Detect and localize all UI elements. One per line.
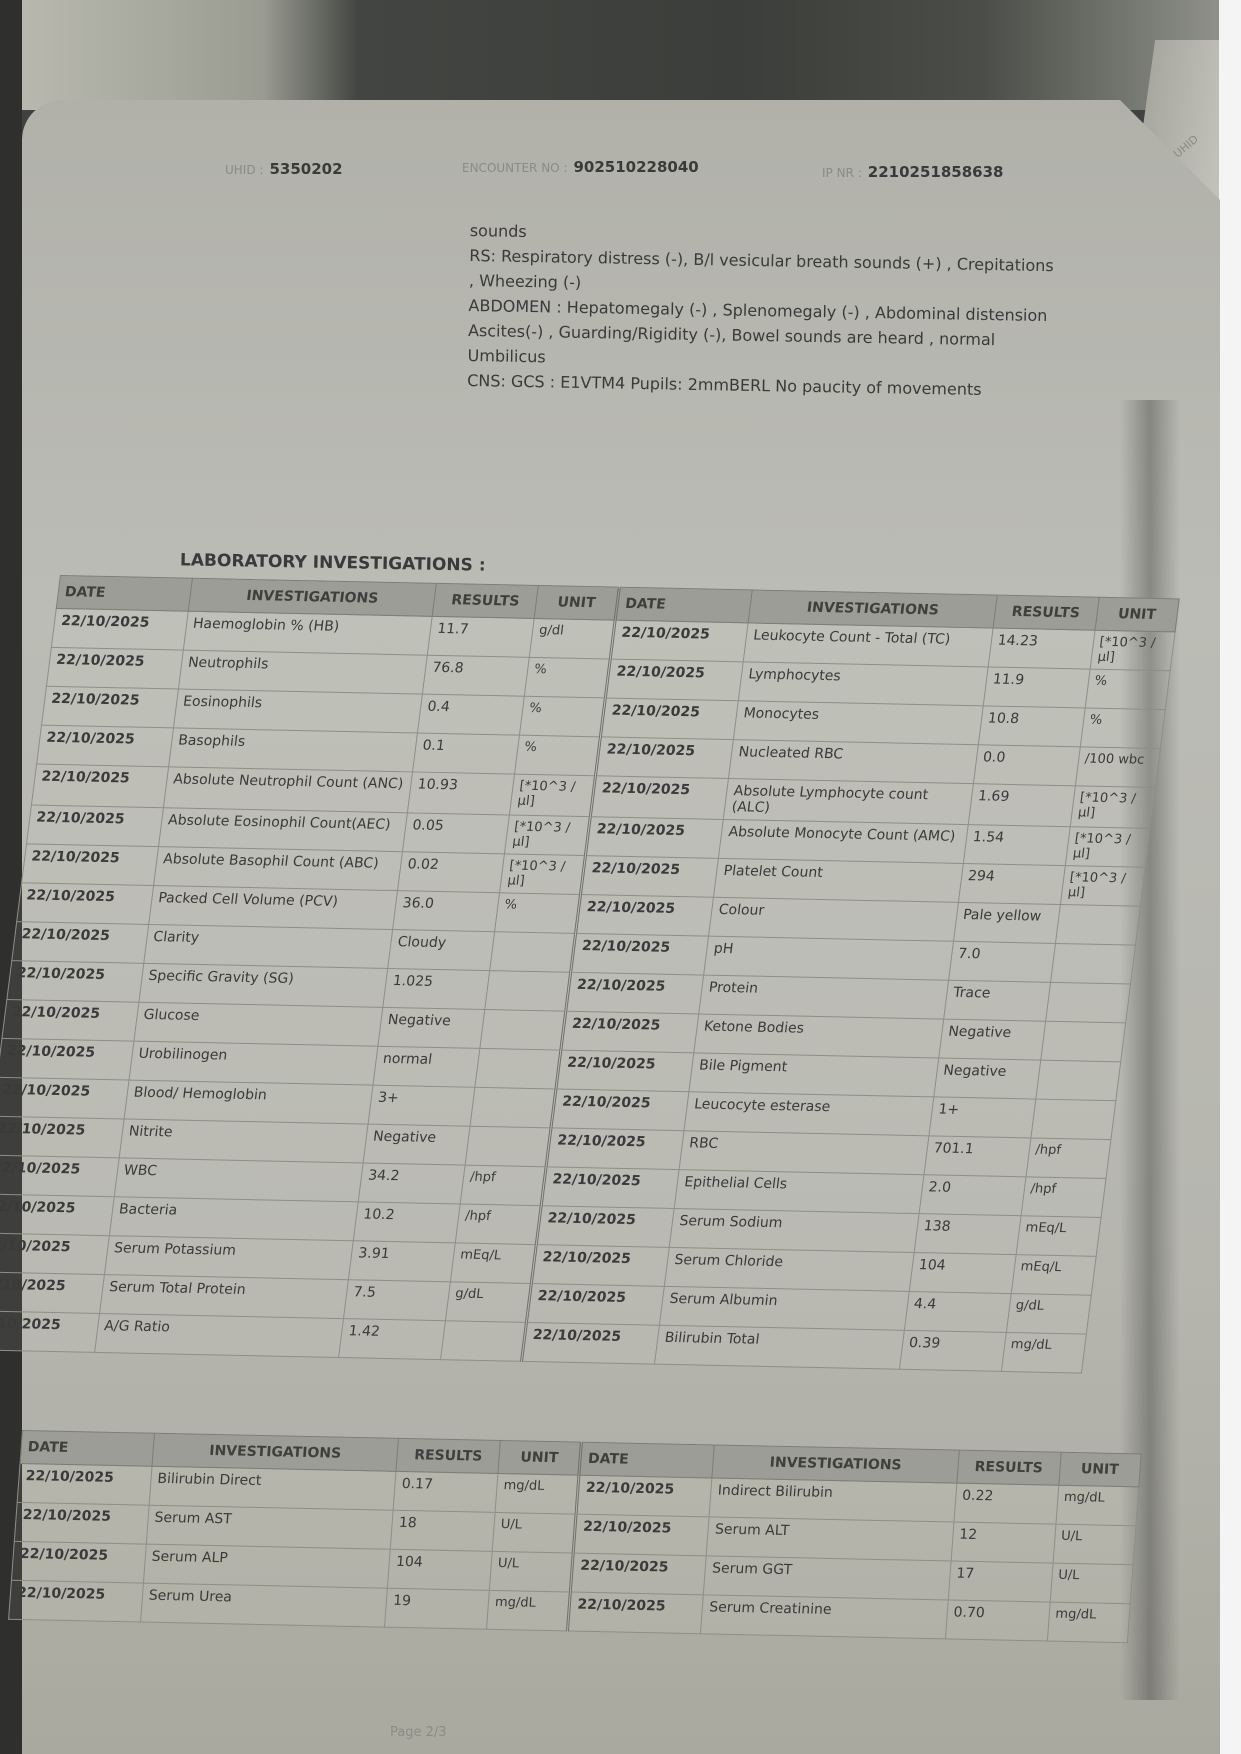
cell-investigation: Epithelial Cells — [675, 1170, 924, 1214]
cell-investigation: Eosinophils — [173, 689, 422, 733]
ip-label: IP NR : — [822, 166, 862, 180]
cell-unit: g/dl — [529, 618, 615, 659]
cell-result: Trace — [943, 980, 1050, 1021]
cell-investigation: Specific Gravity (SG) — [139, 963, 388, 1007]
cell-unit — [475, 1048, 561, 1089]
cell-unit: mg/dL — [1056, 1485, 1139, 1526]
encounter-field: ENCOUNTER NO :902510228040 — [462, 158, 699, 176]
cell-result: 1.54 — [963, 825, 1070, 866]
cell-date: 22/10/2025 — [2, 999, 139, 1041]
cell-date: 22/10/2025 — [561, 1011, 699, 1053]
cell-investigation: Absolute Lymphocyte count (ALC) — [724, 779, 973, 825]
cell-unit: mg/dL — [1001, 1332, 1086, 1373]
cell-unit: g/dL — [445, 1282, 531, 1323]
cell-result: 14.23 — [988, 628, 1095, 669]
cell-unit — [480, 1009, 566, 1050]
cell-result: Negative — [363, 1124, 470, 1165]
cell-result: 0.17 — [393, 1471, 498, 1512]
cell-unit: [*10^3 /µl] — [504, 815, 590, 856]
cell-result: 7.0 — [948, 941, 1055, 982]
cell-date: 22/10/2025 — [611, 620, 749, 662]
cell-unit: [*10^3 /µl] — [509, 774, 596, 817]
cell-investigation: Serum AST — [146, 1505, 393, 1549]
cell-date: 22/10/2025 — [11, 1541, 146, 1583]
cell-date: 22/10/2025 — [0, 1194, 114, 1236]
cell-unit — [490, 932, 576, 973]
cell-unit — [1035, 1060, 1120, 1101]
cell-date: 22/10/2025 — [0, 1077, 129, 1119]
cell-investigation: Protein — [699, 975, 948, 1019]
cell-date: 22/10/2025 — [0, 1155, 119, 1197]
cell-unit — [1040, 1021, 1125, 1062]
cell-date: 22/10/2025 — [532, 1245, 670, 1287]
cell-unit: [*10^3 /µl] — [1065, 827, 1150, 868]
cell-unit: % — [524, 657, 610, 698]
cell-investigation: Bilirubin Direct — [149, 1466, 396, 1510]
cell-date: 22/10/2025 — [568, 1592, 704, 1634]
cell-result: 0.22 — [954, 1483, 1059, 1524]
cell-unit: % — [1085, 669, 1170, 710]
encounter-label: ENCOUNTER NO : — [462, 161, 568, 175]
cell-investigation: A/G Ratio — [94, 1313, 343, 1357]
col-date: DATE — [616, 587, 753, 623]
cell-date: 22/10/2025 — [586, 817, 724, 859]
cell-date: 22/10/2025 — [9, 1580, 144, 1622]
cell-unit — [441, 1321, 527, 1362]
cell-result: 3+ — [368, 1085, 475, 1126]
cell-date: 22/10/2025 — [527, 1284, 665, 1326]
cell-investigation: Absolute Eosinophil Count(AEC) — [158, 808, 407, 852]
col-results: RESULTS — [396, 1438, 500, 1473]
cell-unit: U/L — [1050, 1563, 1133, 1604]
cell-unit: /hpf — [455, 1204, 541, 1245]
cell-unit: U/L — [1053, 1524, 1136, 1565]
cell-investigation: Absolute Basophil Count (ABC) — [153, 847, 402, 891]
cell-date: 22/10/2025 — [576, 894, 714, 936]
cell-investigation: Urobilinogen — [129, 1041, 378, 1085]
cell-investigation: Indirect Bilirubin — [709, 1478, 956, 1522]
cell-date: 22/10/2025 — [542, 1167, 680, 1209]
cell-date: 22/10/2025 — [591, 776, 729, 820]
cell-investigation: Monocytes — [734, 701, 983, 745]
cell-unit: % — [519, 696, 605, 737]
cell-date: 22/10/2025 — [0, 1116, 124, 1158]
col-date: DATE — [20, 1431, 154, 1467]
cell-result: 34.2 — [358, 1163, 465, 1204]
cell-date: 22/10/2025 — [31, 764, 168, 808]
cell-unit: mEq/L — [1016, 1216, 1101, 1257]
cell-result: 1.69 — [968, 784, 1075, 827]
cell-date: 22/10/2025 — [12, 922, 149, 964]
cell-investigation: Basophils — [168, 728, 417, 772]
cell-result: 11.7 — [427, 616, 534, 657]
cell-investigation: Serum GGT — [704, 1556, 951, 1600]
cell-result: 0.02 — [398, 852, 505, 893]
cell-unit: [*10^3 /µl] — [1060, 866, 1145, 907]
cell-result: 10.93 — [408, 772, 515, 815]
page-number: Page 2/3 — [390, 1725, 447, 1740]
col-investigations: INVESTIGATIONS — [712, 1445, 959, 1483]
cell-investigation: Serum Chloride — [665, 1247, 914, 1291]
cell-date: 22/10/2025 — [0, 1038, 134, 1080]
cell-date: 22/10/2025 — [27, 805, 164, 847]
uhid-label: UHID : — [225, 163, 263, 177]
ip-value: 2210251858638 — [868, 163, 1004, 181]
cell-investigation: Serum Albumin — [660, 1286, 909, 1330]
cell-result: 4.4 — [904, 1291, 1011, 1332]
cell-investigation: Blood/ Hemoglobin — [124, 1080, 373, 1124]
cell-date: 22/10/2025 — [537, 1206, 675, 1248]
cell-date: 22/10/2025 — [46, 647, 183, 689]
cell-result: 7.5 — [344, 1280, 451, 1321]
cell-unit — [465, 1126, 551, 1167]
cell-result: 3.91 — [349, 1241, 456, 1282]
cell-result: 104 — [909, 1253, 1016, 1294]
cell-investigation: Nucleated RBC — [729, 740, 978, 784]
lab-table-1: DATE INVESTIGATIONS RESULTS UNIT DATE IN… — [0, 575, 1180, 1374]
cell-investigation: Serum Sodium — [670, 1209, 919, 1253]
cell-result: 104 — [388, 1549, 493, 1590]
cell-date: 22/10/2025 — [571, 933, 709, 975]
cell-date: 22/10/2025 — [596, 737, 734, 779]
col-investigations: INVESTIGATIONS — [188, 578, 436, 616]
cell-unit: mEq/L — [1011, 1255, 1096, 1296]
cell-result: 0.05 — [403, 813, 510, 854]
col-investigations: INVESTIGATIONS — [749, 590, 997, 628]
cell-unit — [1030, 1099, 1115, 1140]
cell-result: 1+ — [929, 1097, 1036, 1138]
cell-unit: /hpf — [460, 1165, 546, 1206]
cell-result: 0.39 — [899, 1330, 1006, 1371]
cell-unit — [1055, 905, 1140, 946]
cell-investigation: RBC — [679, 1131, 928, 1175]
cell-unit: U/L — [492, 1512, 576, 1553]
cell-investigation: Serum ALP — [143, 1544, 390, 1588]
cell-investigation: Clarity — [144, 924, 393, 968]
ip-field: IP NR :2210251858638 — [822, 163, 1003, 181]
lab-table-1-wrapper: DATE INVESTIGATIONS RESULTS UNIT DATE IN… — [0, 575, 1180, 1374]
background-top — [22, 0, 1222, 110]
cell-date: 22/10/2025 — [14, 1502, 149, 1544]
cell-investigation: Glucose — [134, 1002, 383, 1046]
cell-date: 22/10/2025 — [547, 1128, 685, 1170]
lab-table-2: DATE INVESTIGATIONS RESULTS UNIT DATE IN… — [8, 1430, 1142, 1643]
col-investigations: INVESTIGATIONS — [152, 1433, 399, 1471]
cell-result: 17 — [948, 1561, 1053, 1602]
cell-investigation: Serum ALT — [707, 1517, 954, 1561]
cell-result: 12 — [951, 1522, 1056, 1563]
cell-investigation: Bilirubin Total — [655, 1325, 904, 1369]
cell-unit: /hpf — [1021, 1177, 1106, 1218]
background-right — [1219, 0, 1241, 1754]
cell-date: 22/10/2025 — [606, 659, 744, 701]
cell-investigation: WBC — [114, 1158, 363, 1202]
clinical-notes: sounds RS: Respiratory distress (-), B/l… — [467, 220, 1170, 407]
cell-investigation: Haemoglobin % (HB) — [183, 611, 432, 655]
cell-date: 22/10/2025 — [577, 1475, 713, 1517]
cell-unit: [*10^3 /µl] — [500, 854, 586, 895]
cell-date: 22/10/2025 — [566, 972, 704, 1014]
col-date: DATE — [56, 576, 192, 612]
cell-result: 0.4 — [418, 694, 525, 735]
cell-result: 10.8 — [978, 706, 1085, 747]
cell-result: 1.42 — [339, 1319, 446, 1360]
col-results: RESULTS — [957, 1450, 1061, 1485]
cell-date: 22/10/2025 — [551, 1089, 689, 1131]
cell-unit: [*10^3 /µl] — [1070, 786, 1156, 829]
cell-investigation: Absolute Monocyte Count (AMC) — [719, 819, 968, 863]
cell-date: 22/10/2025 — [0, 1233, 109, 1275]
cell-result: Pale yellow — [953, 902, 1060, 943]
lab-table-2-body: 22/10/2025Bilirubin Direct0.17mg/dL22/10… — [9, 1463, 1139, 1642]
cell-investigation: Serum Creatinine — [701, 1595, 948, 1639]
cell-investigation: Ketone Bodies — [694, 1014, 943, 1058]
lab-table-1-body: 22/10/2025Haemoglobin % (HB)11.7g/dl22/1… — [0, 608, 1175, 1373]
cell-result: Negative — [939, 1019, 1046, 1060]
cell-investigation: Serum Total Protein — [99, 1275, 348, 1319]
cell-result: normal — [373, 1046, 480, 1087]
cell-date: 22/10/2025 — [22, 844, 159, 886]
cell-date: 22/10/2025 — [0, 1311, 99, 1353]
cell-unit: U/L — [489, 1551, 573, 1592]
encounter-value: 902510228040 — [574, 158, 699, 176]
cell-date: 22/10/2025 — [522, 1322, 660, 1364]
cell-investigation: Colour — [709, 897, 958, 941]
col-unit: UNIT — [1095, 597, 1180, 632]
cell-investigation: Bacteria — [109, 1197, 358, 1241]
cell-date: 22/10/2025 — [7, 961, 144, 1003]
cell-result: 19 — [385, 1588, 490, 1629]
col-results: RESULTS — [432, 583, 538, 618]
cell-investigation: Nitrite — [119, 1119, 368, 1163]
cell-unit: g/dL — [1006, 1294, 1091, 1335]
uhid-value: 5350202 — [269, 160, 342, 178]
cell-unit: % — [1080, 708, 1165, 749]
col-unit: UNIT — [498, 1441, 582, 1476]
cell-unit — [1045, 982, 1130, 1023]
cell-result: 701.1 — [924, 1136, 1031, 1177]
cell-date: 22/10/2025 — [574, 1514, 710, 1556]
cell-unit: mg/dL — [1047, 1602, 1130, 1643]
col-unit: UNIT — [1058, 1452, 1141, 1487]
cell-unit: % — [495, 893, 581, 934]
cell-date: 22/10/2025 — [51, 608, 188, 650]
cell-result: 0.70 — [945, 1600, 1050, 1641]
cell-unit — [470, 1087, 556, 1128]
col-results: RESULTS — [993, 595, 1099, 630]
cell-investigation: pH — [704, 936, 953, 980]
cell-result: 11.9 — [983, 667, 1090, 708]
cell-investigation: Bile Pigment — [689, 1053, 938, 1097]
cell-date: 22/10/2025 — [37, 725, 174, 767]
cell-date: 22/10/2025 — [556, 1050, 694, 1092]
cell-unit: mg/dL — [487, 1590, 571, 1631]
cell-date: 22/10/2025 — [601, 698, 739, 740]
cell-result: 76.8 — [423, 655, 530, 696]
cell-result: 1.025 — [383, 968, 490, 1009]
lab-table-2-wrapper: DATE INVESTIGATIONS RESULTS UNIT DATE IN… — [8, 1430, 1152, 1643]
cell-result: 138 — [914, 1214, 1021, 1255]
cell-result: 10.2 — [354, 1202, 461, 1243]
cell-unit: % — [515, 735, 601, 776]
col-date: DATE — [579, 1442, 714, 1478]
cell-result: Cloudy — [388, 930, 495, 971]
cell-investigation: Neutrophils — [178, 650, 427, 694]
cell-result: 294 — [958, 863, 1065, 904]
cell-unit: /100 wbc — [1075, 747, 1160, 788]
cell-date: 22/10/2025 — [581, 856, 719, 898]
cell-result: Negative — [378, 1007, 485, 1048]
cell-unit: /hpf — [1026, 1138, 1111, 1179]
cell-investigation: Lymphocytes — [739, 662, 988, 706]
cell-date: 22/10/2025 — [17, 1463, 152, 1505]
cell-investigation: Serum Potassium — [104, 1236, 353, 1280]
cell-result: 0.0 — [973, 745, 1080, 786]
cell-result: 0.1 — [413, 733, 520, 774]
cell-investigation: Packed Cell Volume (PCV) — [149, 886, 398, 930]
cell-unit: [*10^3 /µl] — [1090, 630, 1175, 671]
cell-date: 22/10/2025 — [17, 883, 154, 925]
cell-date: 22/10/2025 — [42, 686, 179, 728]
cell-result: 2.0 — [919, 1175, 1026, 1216]
cell-investigation: Leukocyte Count - Total (TC) — [744, 623, 993, 667]
cell-result: Negative — [934, 1058, 1041, 1099]
cell-investigation: Leucocyte esterase — [684, 1092, 933, 1136]
col-unit: UNIT — [534, 586, 620, 621]
cell-unit: mg/dL — [495, 1473, 579, 1514]
cell-unit — [1050, 943, 1135, 984]
cell-unit — [485, 971, 571, 1012]
cell-result: 36.0 — [393, 891, 500, 932]
cell-investigation: Absolute Neutrophil Count (ANC) — [163, 767, 412, 813]
cell-investigation: Serum Urea — [140, 1583, 387, 1627]
cell-unit: mEq/L — [450, 1243, 536, 1284]
cell-investigation: Platelet Count — [714, 858, 963, 902]
cell-date: 22/10/2025 — [0, 1272, 104, 1314]
cell-date: 22/10/2025 — [571, 1553, 707, 1595]
cell-result: 18 — [390, 1510, 495, 1551]
uhid-field: UHID :5350202 — [225, 160, 343, 178]
